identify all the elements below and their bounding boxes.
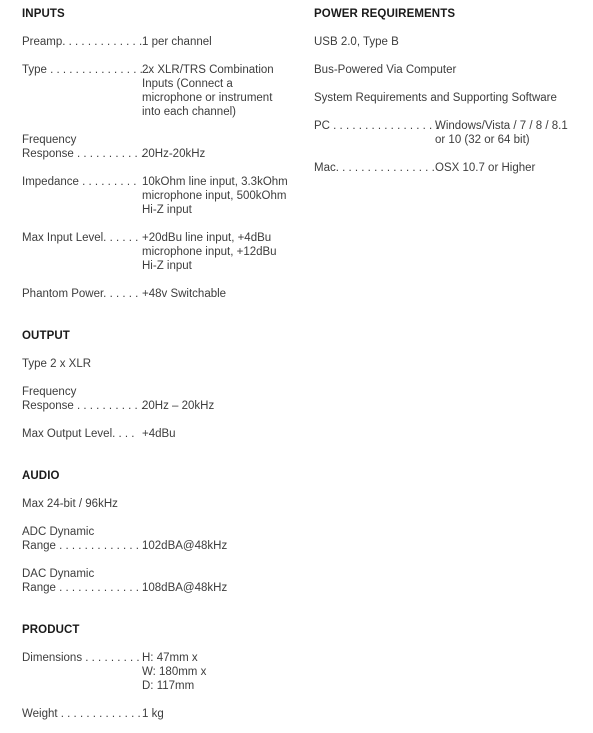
spec-label: Range . . . . . . . . . . . . . . [22, 581, 145, 595]
spec-value: microphone input, +12dBu [142, 245, 277, 259]
spec-label: Preamp. . . . . . . . . . . . . [22, 35, 142, 49]
spec-label: DAC Dynamic [22, 567, 94, 581]
spec-value: +4dBu [142, 427, 176, 441]
spec-value: W: 180mm x [142, 665, 206, 679]
power-bus: Bus-Powered Via Computer [314, 63, 456, 77]
spec-value: 108dBA@48kHz [142, 581, 227, 595]
power-usb: USB 2.0, Type B [314, 35, 399, 49]
spec-label: Frequency [22, 133, 76, 147]
spec-value: Hi-Z input [142, 259, 192, 273]
spec-value: 1 kg [142, 707, 164, 721]
spec-value: +20dBu line input, +4dBu [142, 231, 271, 245]
spec-label: Phantom Power. . . . . . [22, 287, 138, 301]
spec-value: H: 47mm x [142, 651, 198, 665]
spec-value: 20Hz-20kHz [142, 147, 205, 161]
spec-value: Hi-Z input [142, 203, 192, 217]
output-heading: OUTPUT [22, 329, 70, 343]
spec-label: Max Input Level. . . . . . [22, 231, 138, 245]
spec-value: +48v Switchable [142, 287, 226, 301]
spec-label: Weight . . . . . . . . . . . . . [22, 707, 141, 721]
spec-label: Response . . . . . . . . . . . [22, 147, 144, 161]
product-heading: PRODUCT [22, 623, 80, 637]
spec-label: ADC Dynamic [22, 525, 94, 539]
spec-label: Range . . . . . . . . . . . . . . [22, 539, 145, 553]
spec-value: 1 per channel [142, 35, 212, 49]
spec-value: OSX 10.7 or Higher [435, 161, 535, 175]
spec-value: or 10 (32 or 64 bit) [435, 133, 530, 147]
spec-value: D: 117mm [142, 679, 194, 693]
spec-label: Max Output Level. . . . [22, 427, 135, 441]
output-type: Type 2 x XLR [22, 357, 91, 371]
spec-value: 102dBA@48kHz [142, 539, 227, 553]
spec-label: Impedance . . . . . . . . . [22, 175, 136, 189]
spec-value: microphone or instrument [142, 91, 272, 105]
spec-label: Mac. . . . . . . . . . . . . . . . [314, 161, 435, 175]
spec-value: microphone input, 500kOhm [142, 189, 286, 203]
spec-value: 20Hz – 20kHz [142, 399, 214, 413]
system-requirements: System Requirements and Supporting Softw… [314, 91, 557, 105]
spec-value: Inputs (Connect a [142, 77, 233, 91]
spec-label: Type . . . . . . . . . . . . . . . . [22, 63, 149, 77]
spec-label: Dimensions . . . . . . . . . [22, 651, 140, 665]
audio-max: Max 24-bit / 96kHz [22, 497, 118, 511]
spec-label: Response . . . . . . . . . . . [22, 399, 144, 413]
spec-value: into each channel) [142, 105, 236, 119]
spec-label: Frequency [22, 385, 76, 399]
spec-value: 2x XLR/TRS Combination [142, 63, 274, 77]
audio-heading: AUDIO [22, 469, 60, 483]
spec-label: PC . . . . . . . . . . . . . . . . . [314, 119, 439, 133]
inputs-heading: INPUTS [22, 7, 65, 21]
spec-value: Windows/Vista / 7 / 8 / 8.1 [435, 119, 568, 133]
spec-value: 10kOhm line input, 3.3kOhm [142, 175, 288, 189]
power-requirements-heading: POWER REQUIREMENTS [314, 7, 455, 21]
